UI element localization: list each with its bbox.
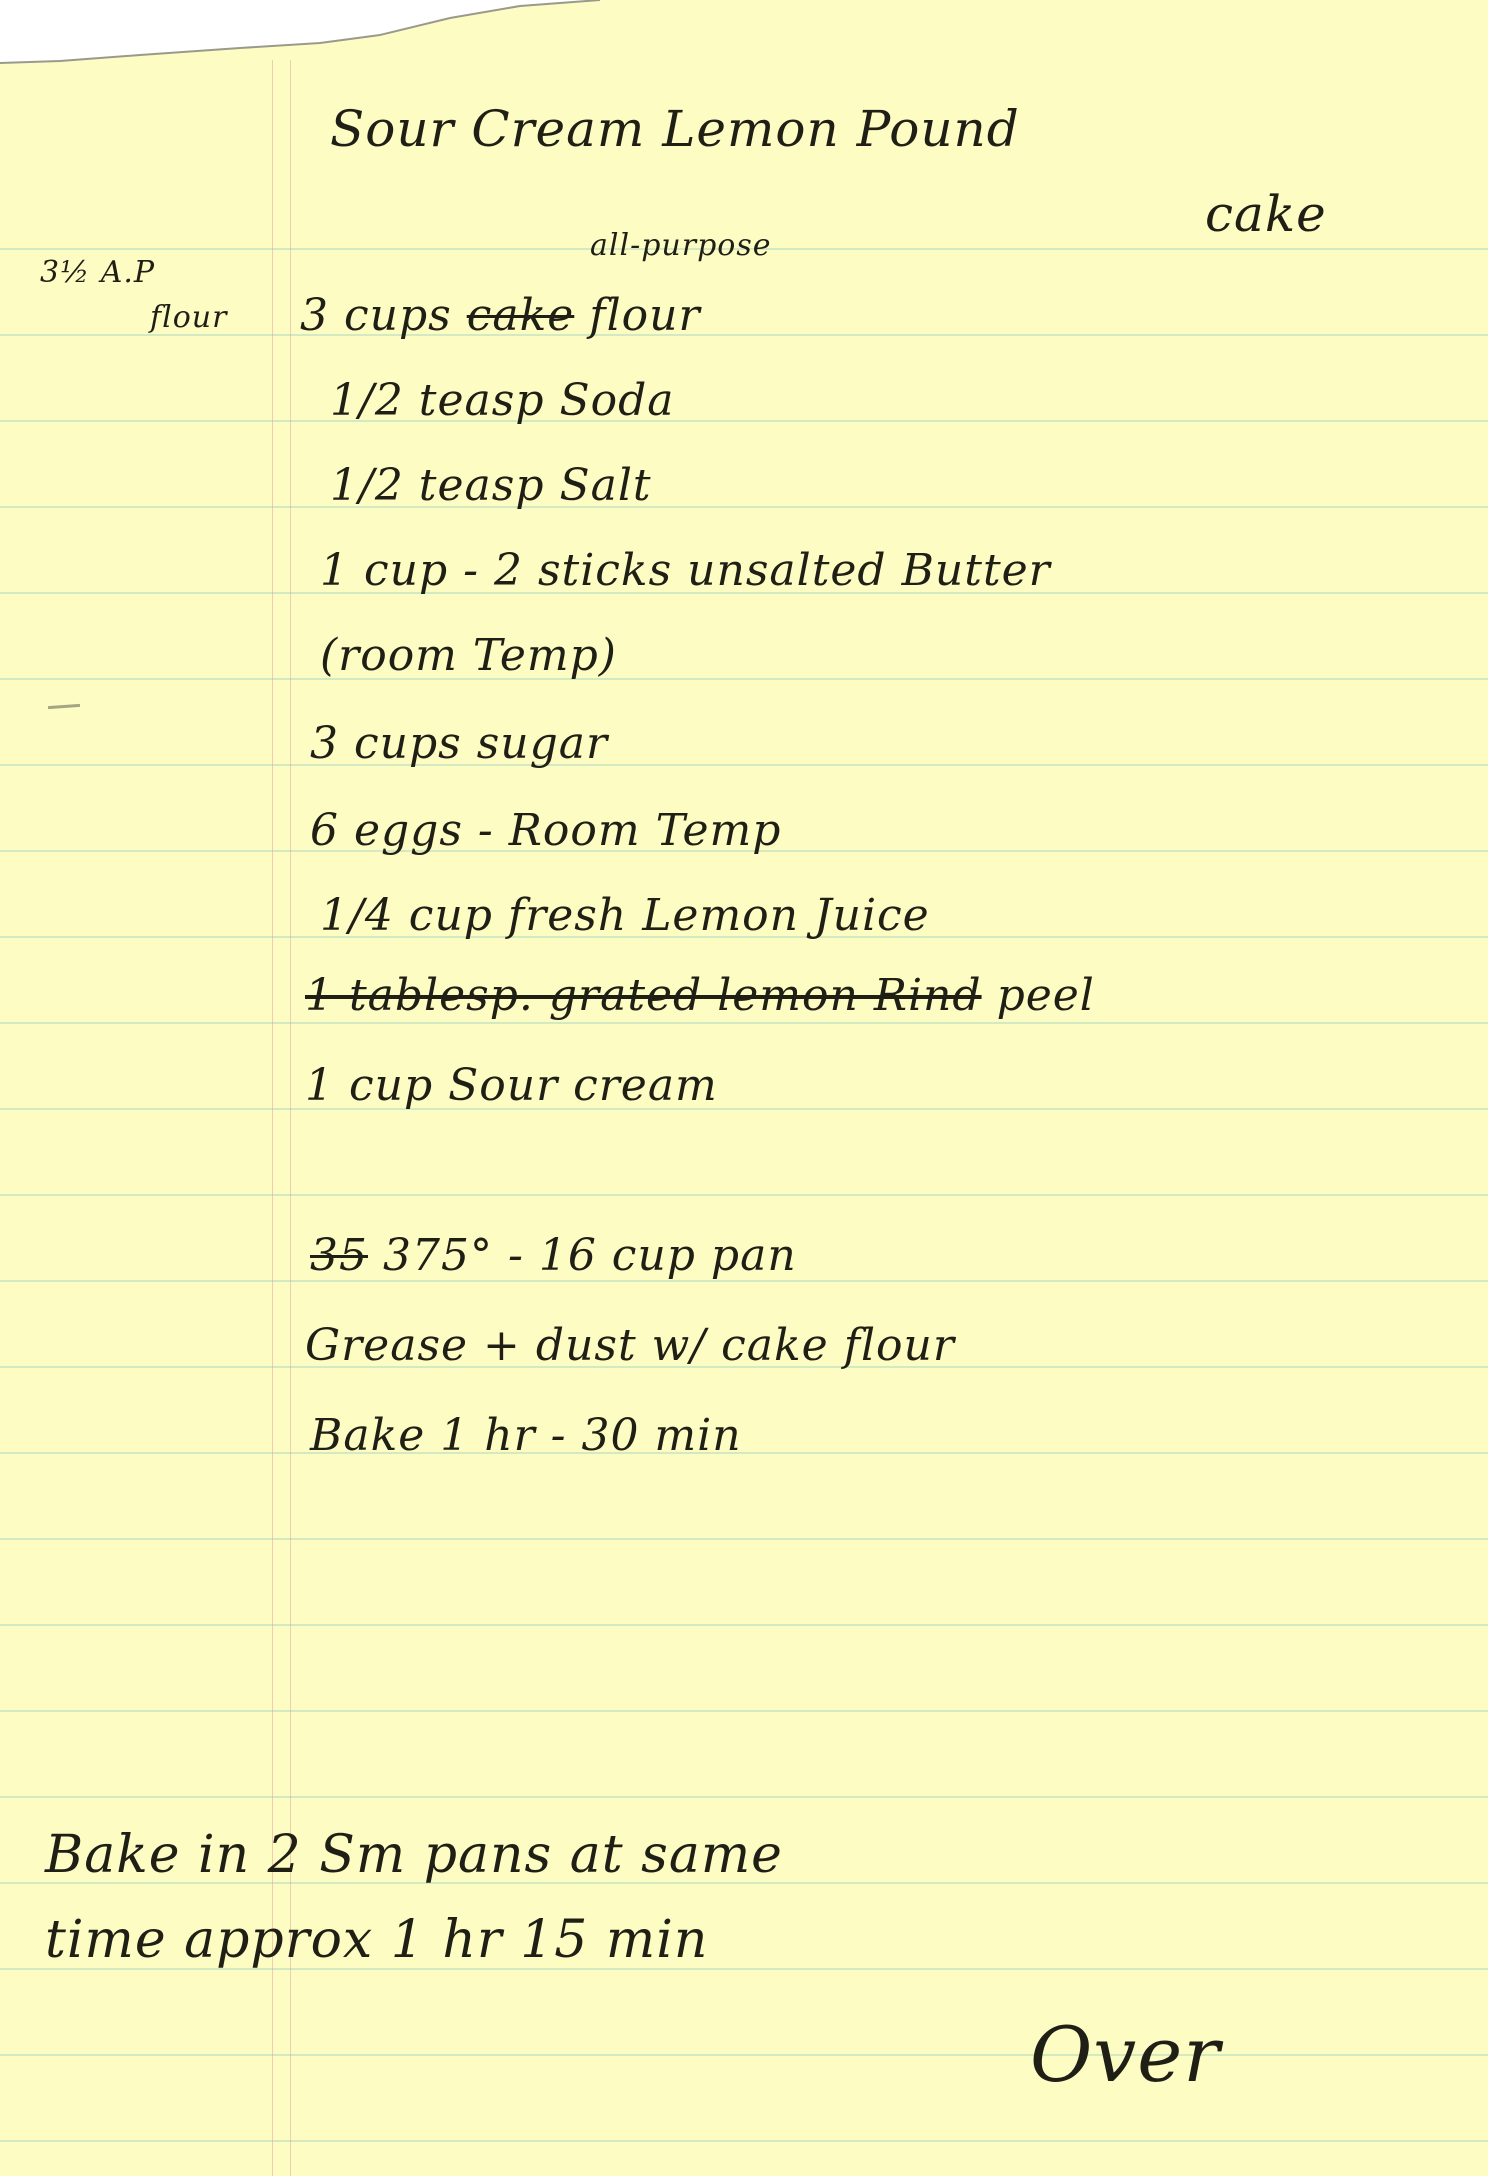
instruction-line: 35 375° - 16 cup pan	[310, 1230, 797, 1281]
recipe-title: Sour Cream Lemon Pound	[330, 100, 1020, 158]
ruled-line	[0, 1452, 1488, 1454]
signature-over: Over	[1030, 2010, 1221, 2099]
ruled-line	[0, 1624, 1488, 1626]
ingredient-line: 1/2 teasp Salt	[330, 460, 652, 511]
ruled-line	[0, 420, 1488, 422]
stray-pen-mark	[48, 704, 80, 709]
ingredient-line: 1/4 cup fresh Lemon Juice	[320, 890, 930, 941]
ruled-line	[0, 1796, 1488, 1798]
ingredient-line: (room Temp)	[320, 630, 617, 681]
ruled-line	[0, 2140, 1488, 2142]
ingredient-qty: 3 cups	[300, 290, 452, 341]
ingredient-line-struck: 1 tablesp. grated lemon Rind peel	[305, 970, 1095, 1021]
margin-note-amount: 3½ A.P	[40, 255, 155, 290]
insertion-all-purpose: all-purpose	[590, 228, 772, 263]
ingredient-line: 1 cup Sour cream	[305, 1060, 718, 1111]
ingredient-line: 1/2 teasp Soda	[330, 375, 675, 426]
margin-note-flour: flour	[150, 300, 227, 335]
recipe-title-continued: cake	[1205, 185, 1327, 243]
ingredient-line: 3 cups cake flour	[300, 290, 701, 341]
instruction-line: Grease + dust w/ cake flour	[305, 1320, 955, 1371]
oven-temp: 375° - 16 cup pan	[383, 1230, 797, 1281]
footnote-line: time approx 1 hr 15 min	[45, 1910, 708, 1970]
ruled-line	[0, 678, 1488, 680]
ruled-line	[0, 1710, 1488, 1712]
ingredient-item: flour	[589, 290, 700, 341]
footnote-line: Bake in 2 Sm pans at same	[45, 1825, 783, 1885]
ingredient-correction: peel	[997, 970, 1095, 1021]
struck-word-cake: cake	[467, 290, 575, 341]
instruction-line: Bake 1 hr - 30 min	[310, 1410, 742, 1461]
ruled-line	[0, 2054, 1488, 2056]
legal-pad-page: Sour Cream Lemon Pound cake 3½ A.P flour…	[0, 0, 1488, 2176]
ingredient-line: 3 cups sugar	[310, 718, 608, 769]
struck-temp: 35	[310, 1230, 368, 1281]
ruled-line	[0, 764, 1488, 766]
ingredient-line: 6 eggs - Room Temp	[310, 805, 781, 856]
ruled-line	[0, 1538, 1488, 1540]
ruled-line	[0, 1022, 1488, 1024]
ingredient-line: 1 cup - 2 sticks unsalted Butter	[320, 545, 1051, 596]
ruled-line	[0, 1194, 1488, 1196]
struck-text: 1 tablesp. grated lemon Rind	[305, 970, 982, 1021]
ruled-line	[0, 1108, 1488, 1110]
ruled-line	[0, 506, 1488, 508]
